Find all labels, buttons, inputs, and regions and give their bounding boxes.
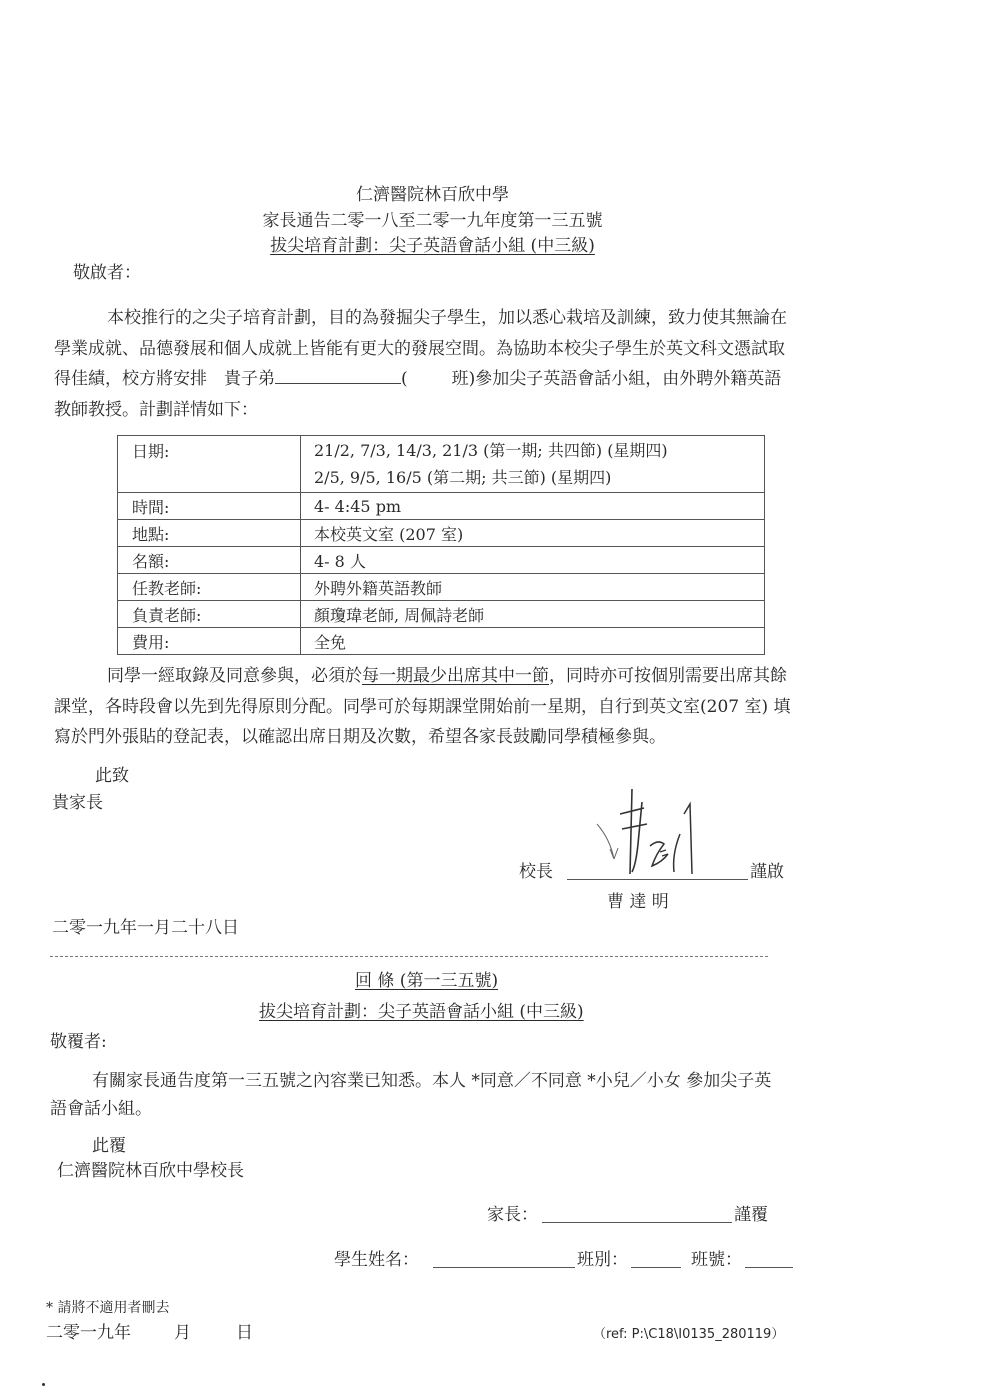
principal-name: 曹 達 明 (607, 887, 669, 917)
class-field[interactable] (631, 1249, 681, 1268)
row-value: 外聘外籍英語教師 (301, 574, 765, 601)
document-reference: （ref: P:\C18\I0135_280119） (593, 1323, 784, 1342)
table-row: 地點: 本校英文室 (207 室) (118, 520, 765, 547)
row-value: 4- 8 人 (301, 547, 765, 574)
principal-signature (592, 784, 722, 884)
para2-line1: 同學一經取錄及同意參與，必須於每一期最少出席其中一節，同時亦可按個別需要出席其餘 (107, 661, 787, 691)
reply-closing-line2: 仁濟醫院林百欣中學校長 (57, 1156, 244, 1186)
table-row: 時間: 4- 4:45 pm (118, 493, 765, 520)
class-label: 班別： (577, 1245, 628, 1275)
row-label: 負責老師: (118, 601, 301, 628)
notice-title: 拔尖培育計劃：尖子英語會話小組 (中三級) (0, 231, 865, 256)
attendance-requirement: 每一期最少出席其中一節 (362, 666, 549, 686)
date-line-1: 21/2, 7/3, 14/3, 21/3 (第一期; 共四節) (星期四) (314, 437, 764, 464)
student-name-label: 學生姓名： (334, 1245, 419, 1275)
plan-details-table: 日期: 21/2, 7/3, 14/3, 21/3 (第一期; 共四節) (星期… (117, 435, 765, 655)
parent-suffix: 謹覆 (734, 1200, 768, 1230)
scan-speck (42, 1383, 45, 1386)
row-value: 本校英文室 (207 室) (301, 520, 765, 547)
table-row: 名額: 4- 8 人 (118, 547, 765, 574)
row-value: 21/2, 7/3, 14/3, 21/3 (第一期; 共四節) (星期四) 2… (301, 436, 765, 493)
date-line-2: 2/5, 9/5, 16/5 (第二期; 共三節) (星期四) (314, 464, 764, 491)
school-name: 仁濟醫院林百欣中學 (0, 180, 865, 205)
para2-line2: 課堂，各時段會以先到先得原則分配。同學可於每期課堂開始前一星期，自行到英文室(2… (54, 692, 791, 722)
salutation: 敬啟者： (73, 258, 141, 288)
para1-line3-b: ( (401, 369, 408, 389)
notice-date: 二零一九年一月二十八日 (52, 913, 239, 943)
class-no-label: 班號： (691, 1245, 742, 1275)
row-label: 地點: (118, 520, 301, 547)
para2-line1-a: 同學一經取錄及同意參與，必須於 (107, 666, 362, 686)
reply-slip-title: 回 條 (第一三五號) (355, 966, 498, 996)
cut-line (50, 956, 768, 957)
para1-line2: 學業成就、品德發展和個人成就上皆能有更大的發展空間。為協助本校尖子學生於英文科文… (54, 334, 785, 364)
table-row: 任教老師: 外聘外籍英語教師 (118, 574, 765, 601)
para2-line1-b: ，同時亦可按個別需要出席其餘 (549, 666, 787, 686)
parent-label: 家長： (487, 1200, 538, 1230)
footnote: * 請將不適用者刪去 (46, 1297, 169, 1317)
closing-line1: 此致 (95, 761, 129, 791)
table-row: 負責老師: 顏瓊瑋老師, 周佩詩老師 (118, 601, 765, 628)
row-label: 時間: (118, 493, 301, 520)
class-no-field[interactable] (745, 1249, 793, 1268)
para2-line3: 寫於門外張貼的登記表，以確認出席日期及次數，希望各家長鼓勵同學積極參與。 (54, 722, 666, 752)
para1-line4: 教師教授。計劃詳情如下： (54, 395, 258, 425)
student-name-blank[interactable] (275, 365, 401, 384)
reply-date-month: 月 (174, 1318, 191, 1348)
closing-line2: 貴家長 (52, 788, 103, 818)
notice-number: 家長通告二零一八至二零一九年度第一三五號 (0, 206, 865, 231)
reply-body-line1: 有關家長通告度第一三五號之內容業已知悉。本人 *同意／不同意 *小兒／小女 參加… (92, 1066, 771, 1096)
row-value: 4- 4:45 pm (301, 493, 765, 520)
para1-line3-c: 班)參加尖子英語會話小組，由外聘外籍英語 (452, 369, 782, 389)
student-name-field[interactable] (433, 1249, 575, 1268)
para1-line3: 得佳績，校方將安排 貴子弟(班)參加尖子英語會話小組，由外聘外籍英語 (54, 364, 781, 394)
row-label: 費用: (118, 628, 301, 655)
reply-date-day: 日 (236, 1318, 253, 1348)
reply-salutation: 敬覆者: (50, 1027, 107, 1057)
reply-date-year: 二零一九年 (46, 1318, 131, 1348)
para1-line3-a: 得佳績，校方將安排 貴子弟 (54, 369, 275, 389)
row-label: 任教老師: (118, 574, 301, 601)
parent-signature-field[interactable] (542, 1204, 732, 1223)
principal-label: 校長 (519, 857, 553, 887)
table-row: 日期: 21/2, 7/3, 14/3, 21/3 (第一期; 共四節) (星期… (118, 436, 765, 493)
row-value: 顏瓊瑋老師, 周佩詩老師 (301, 601, 765, 628)
row-label: 日期: (118, 436, 301, 493)
row-value: 全免 (301, 628, 765, 655)
table-row: 費用: 全免 (118, 628, 765, 655)
reply-slip-subtitle: 拔尖培育計劃：尖子英語會話小組 (中三級) (259, 997, 584, 1027)
para1-line1: 本校推行的之尖子培育計劃，目的為發掘尖子學生，加以悉心栽培及訓練，致力使其無論在 (107, 303, 787, 333)
reply-body-line2: 語會話小組。 (50, 1094, 152, 1124)
row-label: 名額: (118, 547, 301, 574)
respectfully-text: 謹啟 (750, 857, 784, 887)
